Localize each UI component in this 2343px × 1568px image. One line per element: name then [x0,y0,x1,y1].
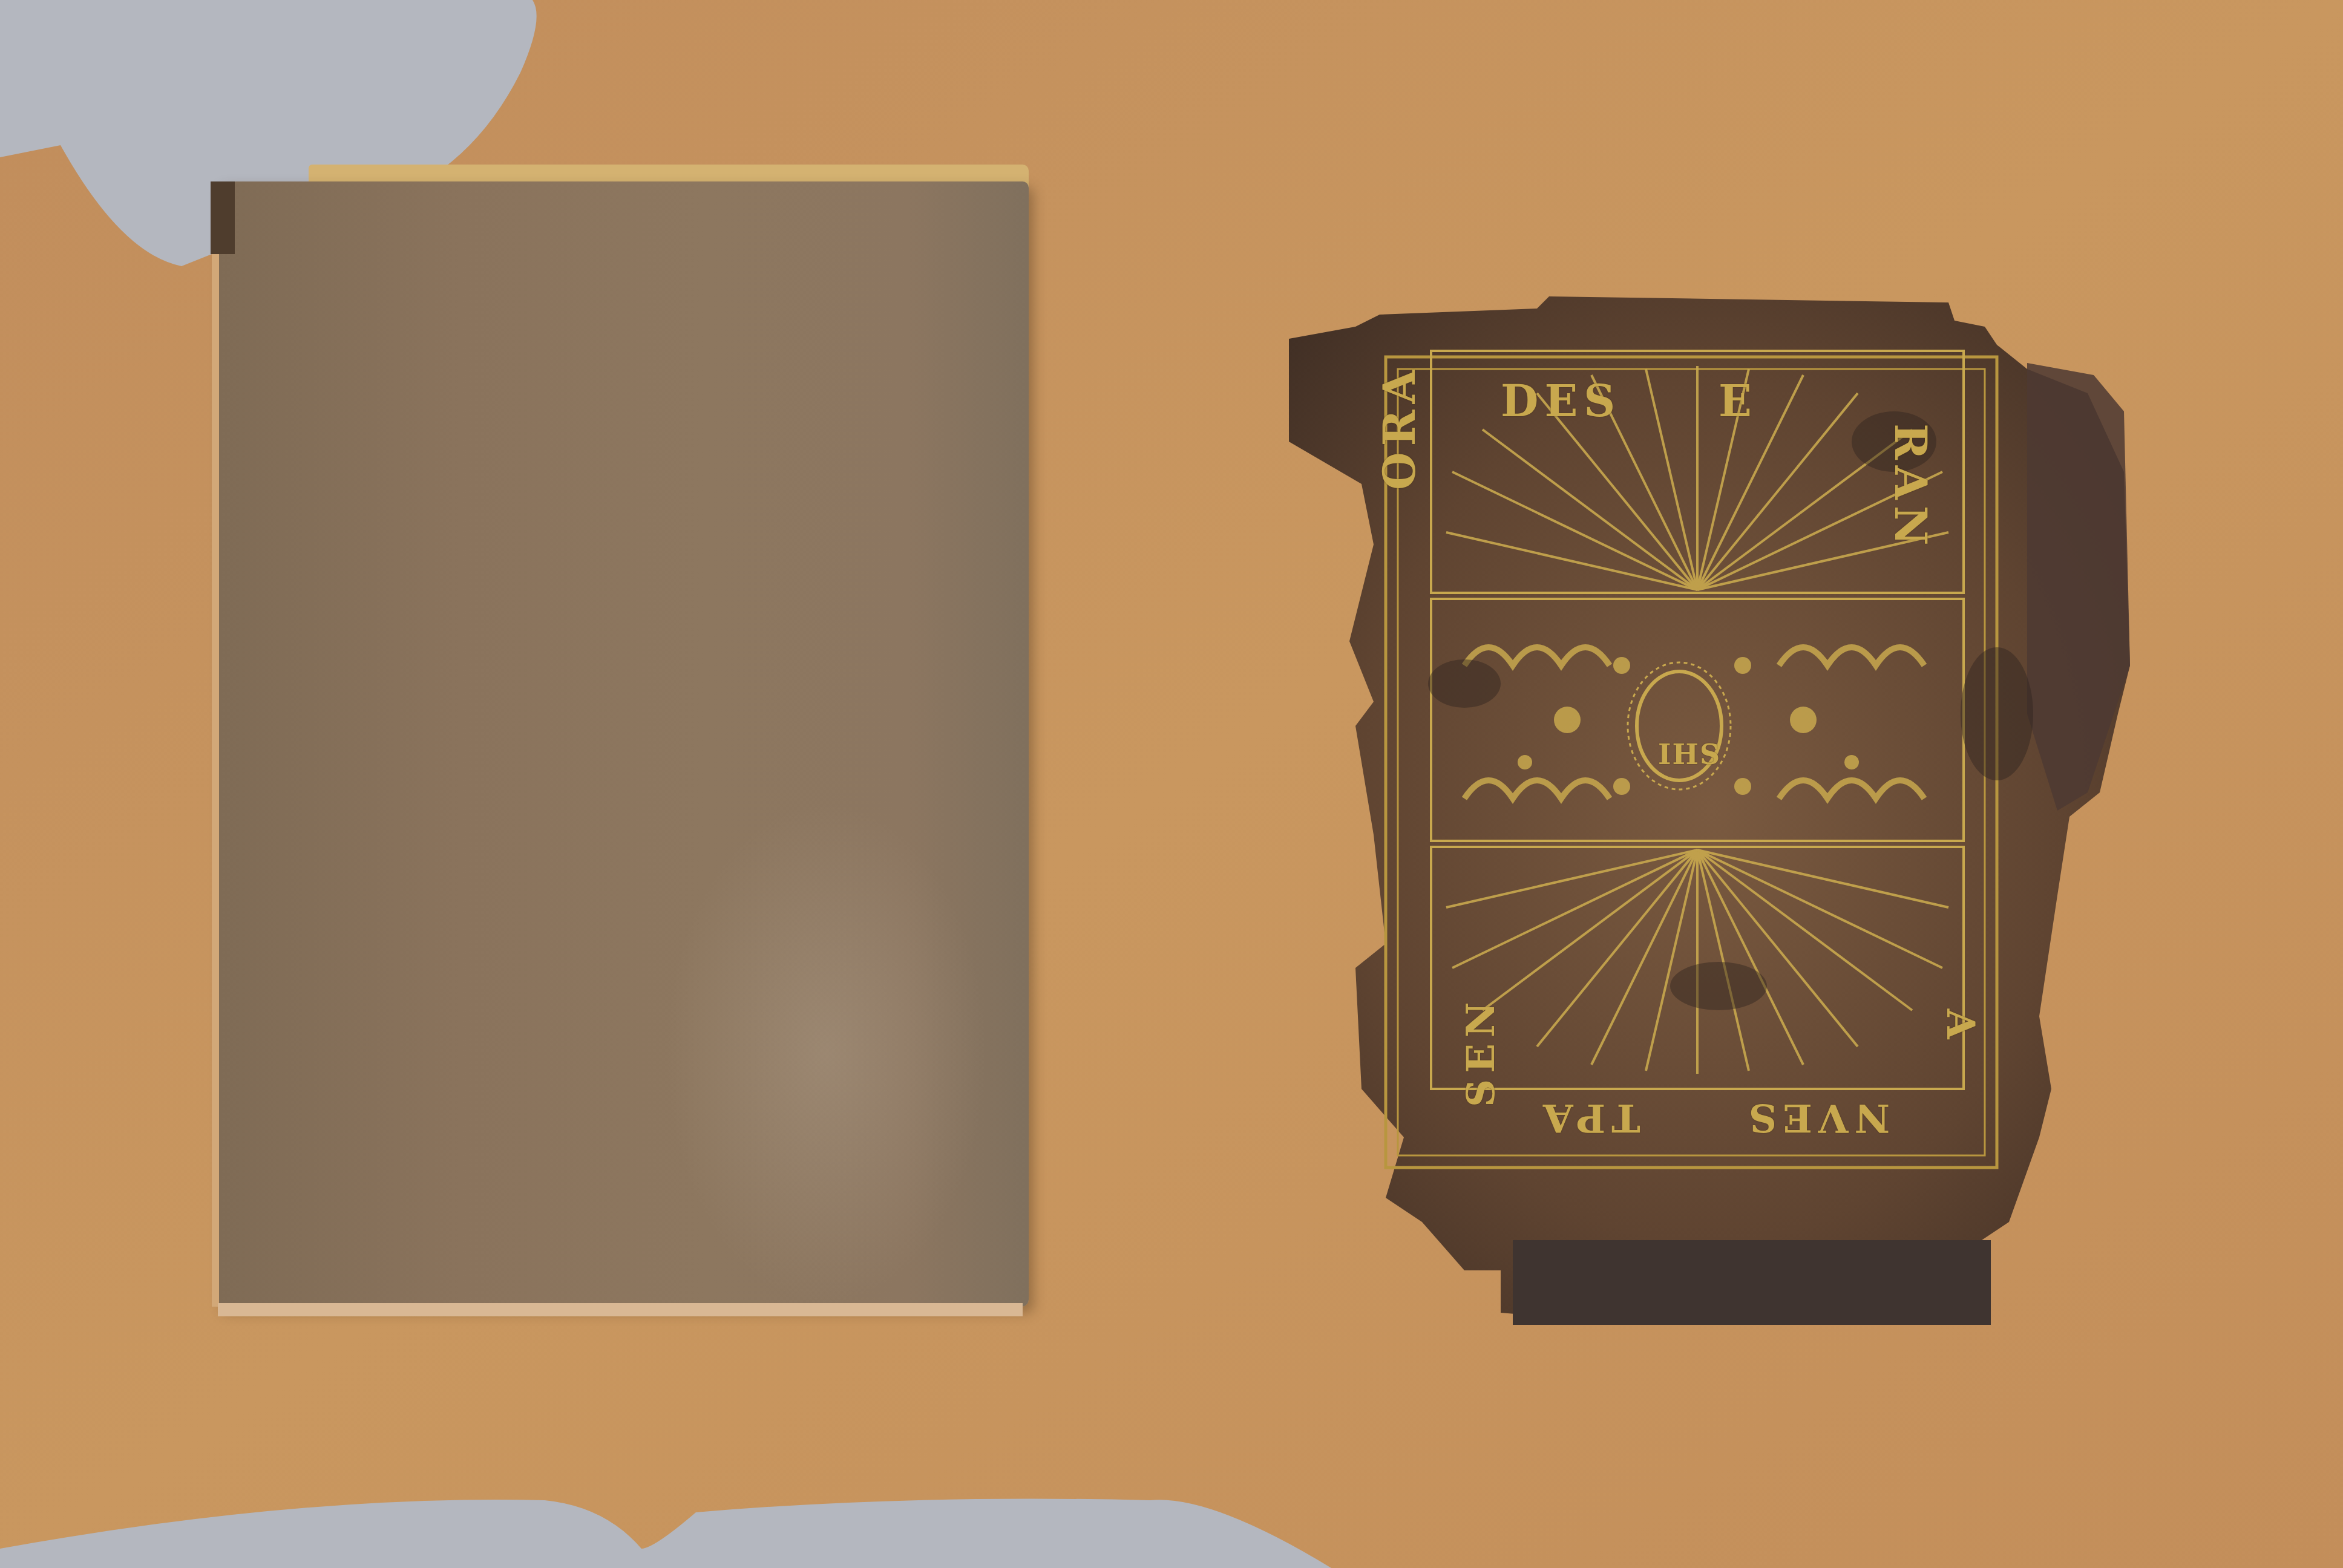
lettering-des: DES [1501,375,1621,426]
antique-tooled-cover: DES E ORA RAN SEN TPA NVES A IHS [1283,290,2130,1331]
new-leather-cover [218,181,1029,1307]
lettering-a: A [1938,1009,1983,1045]
lettering-ora: ORA [1374,364,1425,490]
lettering-ran: RAN [1885,423,1936,552]
lettering-sen: SEN [1458,996,1504,1108]
cover-sheen [664,800,988,1307]
cover-left-edge [212,254,219,1307]
cover-corner-dark [211,181,235,254]
lettering-e: E [1719,375,1758,426]
lettering-ihs: IHS [1658,738,1721,771]
cover-bottom-edge [218,1303,1023,1316]
lettering-nves: NVES [1743,1095,1890,1140]
lettering-tpa: TPA [1537,1095,1640,1140]
